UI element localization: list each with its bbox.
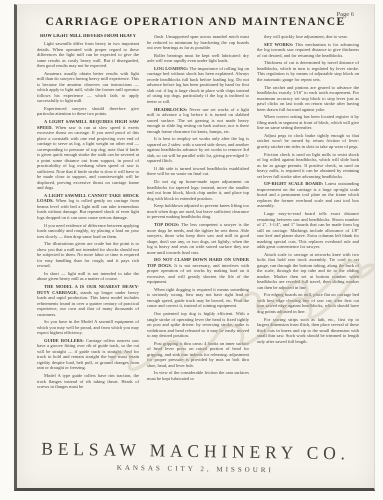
paragraph: Our patented top dog is highly efficient… <box>147 311 249 339</box>
paragraph-lead: SET WORKS: <box>264 42 295 47</box>
section-heading: HOW LIGHT MILL DIFFERS FROM HEAVY <box>37 34 139 40</box>
paragraph-lead: DO NOT CLAMP DOWN HARD ON UNDER TOP DOGS… <box>147 257 249 268</box>
paragraph-lead: TOP DOGS: <box>154 222 181 227</box>
paragraph-lead: THE MODEL A IS OUR NEAREST HEAVY-DUTY CA… <box>37 284 139 295</box>
paragraph: LOG LOADING: The importance of rolling l… <box>147 66 249 105</box>
paragraph: Keep holddown adjusted to prevent knees … <box>147 203 249 220</box>
paragraph: DO NOT CLAMP DOWN HARD ON UNDER TOP DOGS… <box>147 257 249 285</box>
paragraph: A LIGHT SAWMILL REQUIRES HIGH SAW SPEED.… <box>37 119 139 191</box>
company-address: KANSAS CITY 2, MISSOURI <box>17 462 374 476</box>
text-column: flush. Unsupported span across mandrel n… <box>147 34 249 392</box>
screenshot-stage: Page 6 CARRIAGE OPERATION AND MAINTENANC… <box>0 0 383 500</box>
paragraph: flush. Unsupported span across mandrel n… <box>147 34 249 51</box>
paragraph: Do not rig up home-made taper adjustment… <box>147 179 249 201</box>
paragraph: Experienced sawyers should therefore giv… <box>37 106 139 117</box>
paragraph: they will quickly lose adjustment, due t… <box>257 34 359 40</box>
text-columns: HOW LIGHT MILL DIFFERS FROM HEAVYLight s… <box>37 34 359 392</box>
paragraph: A LIGHT SAWMILL CANNOT TAKE SHOCK LOADS.… <box>37 193 139 221</box>
paragraph-lead: A LIGHT SAWMILL REQUIRES HIGH SAW SPEED. <box>37 119 139 130</box>
paragraph-lead: LOG LOADING: <box>154 66 190 71</box>
scanned-page: Page 6 CARRIAGE OPERATION AND MAINTENANC… <box>14 4 375 491</box>
paragraph: Attach scale to carriage at setworks kne… <box>257 252 359 291</box>
page-title: CARRIAGE OPERATION AND MAINTENANCE <box>17 16 374 28</box>
paragraph: Thickness of cut is determined by travel… <box>257 60 359 82</box>
paragraph-lead: UP-RIGHT SCALE BOARD: <box>264 181 325 186</box>
paragraph: UP-RIGHT SCALE BOARD: Latest outstanding… <box>257 181 359 209</box>
company-footer: BELSAW MACHINERY CO. KANSAS CITY 2, MISS… <box>17 438 374 476</box>
paragraph: When correct setting has been located re… <box>257 114 359 131</box>
paragraph: For sawing strips such as lath, etc., fi… <box>257 317 359 345</box>
paragraph-lead: A LIGHT SAWMILL CANNOT TAKE SHOCK LOADS. <box>37 193 139 204</box>
paragraph: Amateurs usually obtain better results w… <box>37 71 139 104</box>
paragraph: THE MODEL A IS OUR NEAREST HEAVY-DUTY CA… <box>37 284 139 317</box>
paragraph: Model A type guide rollers have rim trac… <box>37 373 139 390</box>
paragraph: In view of the considerable friction the… <box>147 370 249 381</box>
paragraph-lead: GUIDE ROLLERS: <box>44 338 86 343</box>
paragraph: Adjust pegs in clock brake tightly enoug… <box>257 133 359 150</box>
paragraph: When tight dogging is required it means … <box>147 287 249 309</box>
paragraph: Light sawmills differ from heavy in two … <box>37 41 139 69</box>
paragraph: For edging boards on mill, place flat on… <box>257 292 359 314</box>
text-column: they will quickly lose adjustment, due t… <box>257 34 359 392</box>
paragraph: HEADBLOCKS: Never use set works of a lig… <box>147 107 249 135</box>
paragraph: So you have in the Model A sawmill equip… <box>37 319 139 336</box>
paragraph: Large easy-to-read board tells exact dis… <box>257 211 359 250</box>
paragraph: In short — light mill is not intended to… <box>37 271 139 282</box>
paragraph: GUIDE ROLLERS: Carriage rollers nearest … <box>37 338 139 371</box>
paragraph: Roller bearings must be kept well lubric… <box>147 53 249 64</box>
paragraph: Post gripping is thru cams: 4 hooks on i… <box>147 341 249 369</box>
paragraph: If you need evidence of difference betwe… <box>37 223 139 240</box>
paragraph-lead: HEADBLOCKS: <box>154 107 189 112</box>
text-column: HOW LIGHT MILL DIFFERS FROM HEAVYLight s… <box>37 34 139 392</box>
paragraph: Friction check is used on light mills to… <box>257 152 359 180</box>
paragraph: TOP DOGS: The less competent a sawyer is… <box>147 222 249 255</box>
paragraph: It is best to employ set works only afte… <box>147 136 249 164</box>
paragraph: The ratchet and pinions are geared to ad… <box>257 85 359 113</box>
paragraph: The illustrations given are crude but th… <box>37 241 139 269</box>
paragraph: SET WORKS: This mechanism is for advanci… <box>257 42 359 59</box>
paragraph: If 4th side is turned toward headblocks … <box>147 166 249 177</box>
company-name: BELSAW MACHINERY CO. <box>22 438 369 464</box>
